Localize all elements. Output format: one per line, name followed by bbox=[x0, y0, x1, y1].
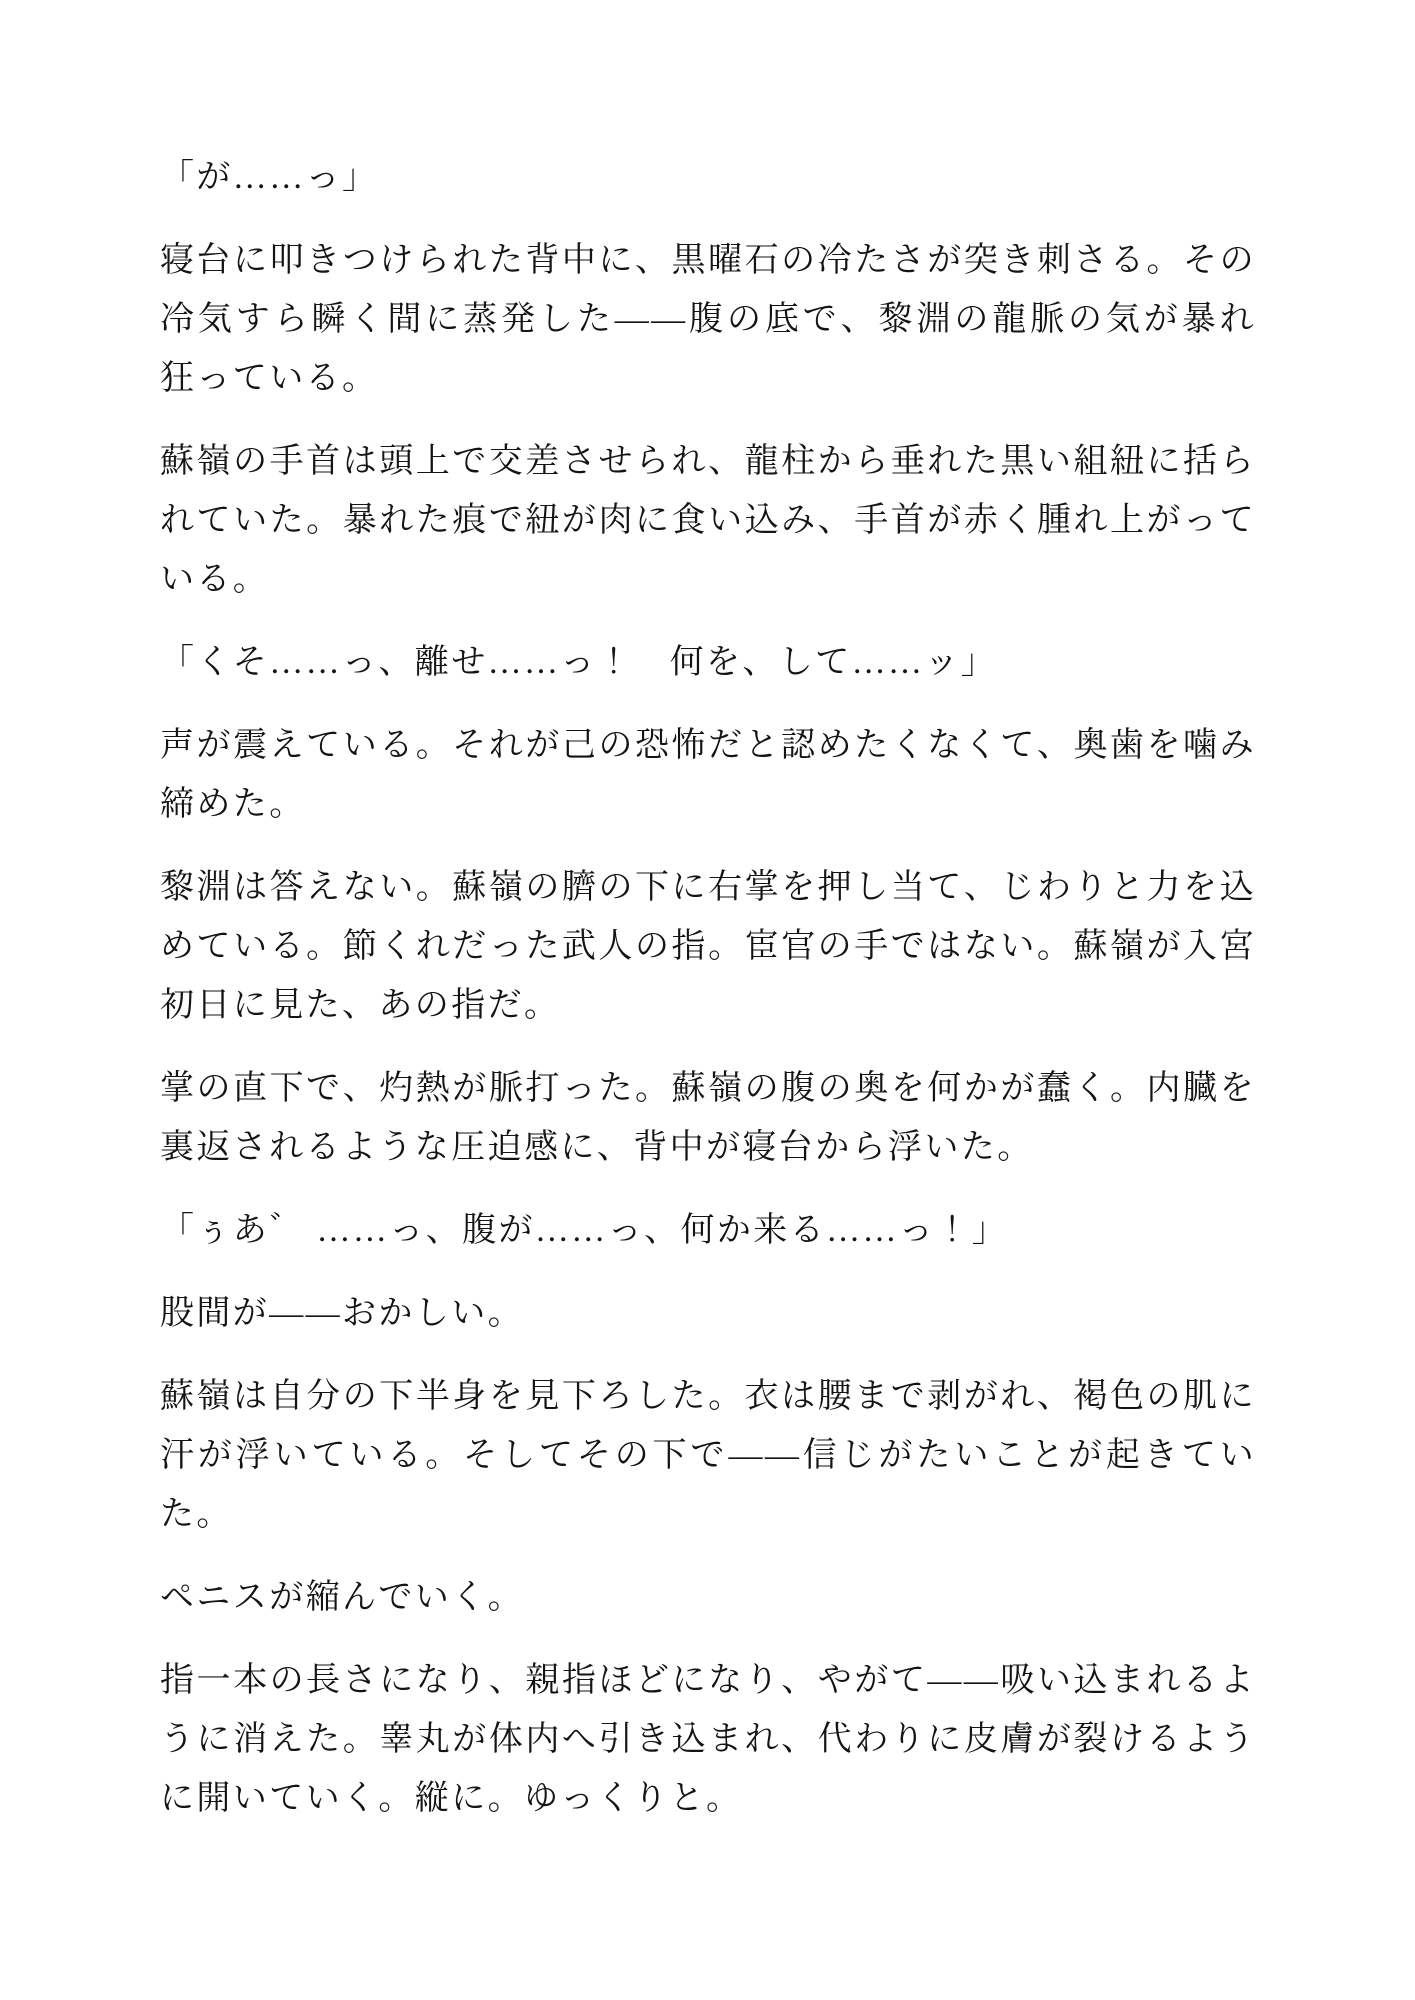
document-page: 「が……っ」寝台に叩きつけられた背中に、黒曜石の冷たさが突き刺さる。その冷気すら… bbox=[0, 0, 1415, 2000]
paragraph: 股間が——おかしい。 bbox=[160, 1284, 1256, 1343]
paragraph: 黎淵は答えない。蘇嶺の臍の下に右掌を押し当て、じわりと力を込めている。節くれだっ… bbox=[160, 858, 1256, 1035]
paragraph: 寝台に叩きつけられた背中に、黒曜石の冷たさが突き刺さる。その冷気すら瞬く間に蒸発… bbox=[160, 231, 1256, 408]
paragraph: 掌の直下で、灼熱が脈打った。蘇嶺の腹の奥を何かが蠢く。内臓を裏返されるような圧迫… bbox=[160, 1059, 1256, 1177]
paragraph: 声が震えている。それが己の恐怖だと認めたくなくて、奥歯を噛み締めた。 bbox=[160, 716, 1256, 834]
paragraph: 「くそ……っ、離せ……っ！ 何を、して……ッ」 bbox=[160, 633, 1256, 692]
paragraph: ペニスが縮んでいく。 bbox=[160, 1568, 1256, 1627]
paragraph: 蘇嶺の手首は頭上で交差させられ、龍柱から垂れた黒い組紐に括られていた。暴れた痕で… bbox=[160, 432, 1256, 609]
paragraph: 「が……っ」 bbox=[160, 148, 1256, 207]
paragraph: 指一本の長さになり、親指ほどになり、やがて——吸い込まれるように消えた。睾丸が体… bbox=[160, 1651, 1256, 1828]
paragraph: 蘇嶺は自分の下半身を見下ろした。衣は腰まで剥がれ、褐色の肌に汗が浮いている。そし… bbox=[160, 1367, 1256, 1544]
paragraph: 「ぅあ゛ ……っ、腹が……っ、何か来る……っ！」 bbox=[160, 1201, 1256, 1260]
text-column: 「が……っ」寝台に叩きつけられた背中に、黒曜石の冷たさが突き刺さる。その冷気すら… bbox=[160, 148, 1256, 1828]
